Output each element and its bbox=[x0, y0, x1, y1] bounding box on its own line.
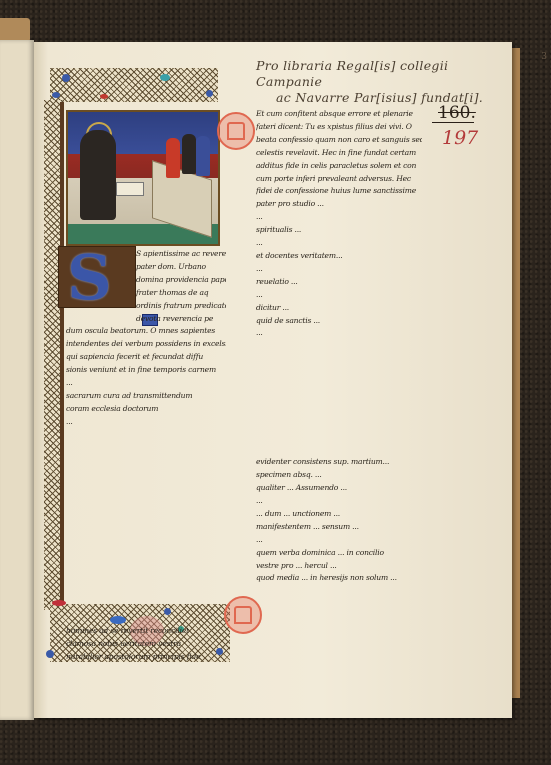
text-line: ... bbox=[256, 534, 422, 547]
text-line: mirabilior apostolorum principis fide bbox=[66, 651, 226, 664]
text-line: ... bbox=[256, 263, 422, 276]
text-line: devota reverencia pe bbox=[66, 313, 226, 326]
text-line: dum oscula beatorum. O mnes sapientes bbox=[66, 325, 226, 338]
text-line: et docentes veritatem... bbox=[256, 250, 422, 263]
floral-border-top bbox=[50, 68, 218, 102]
miniature-teaching-scene bbox=[66, 110, 220, 246]
text-line: vestre pro ... hercul ... bbox=[256, 560, 422, 573]
binding-tab bbox=[0, 18, 30, 42]
text-line: frater thomas de aq bbox=[66, 287, 226, 300]
text-line: ... bbox=[256, 237, 422, 250]
text-line: dicitur ... bbox=[256, 302, 422, 315]
text-line: quod media ... in heresijs non solum ... bbox=[256, 572, 422, 585]
text-line: reuelatio ... bbox=[256, 276, 422, 289]
text-line: fidei de confessione huius lume sanctiss… bbox=[256, 185, 422, 198]
text-line: domina providencia pape bbox=[66, 274, 226, 287]
text-line: homines ad se revertit reconciliet bbox=[66, 625, 226, 638]
student-figure bbox=[166, 138, 180, 178]
library-stamp-top bbox=[217, 112, 255, 150]
floral-border-left bbox=[44, 100, 64, 610]
text-line: ... bbox=[256, 289, 422, 302]
text-line: manifestentem ... sensum ... bbox=[256, 521, 422, 534]
blue-flower-icon bbox=[206, 90, 213, 97]
old-shelfmark: 160. bbox=[438, 103, 476, 123]
text-line: intendentes dei verbum possidens in exce… bbox=[66, 338, 226, 351]
text-line: ... bbox=[256, 327, 422, 340]
book-fore-edge bbox=[512, 48, 520, 698]
seated-saint-figure bbox=[80, 130, 116, 220]
text-line: S apientissime ac reverendissime bbox=[66, 248, 226, 261]
text-line: ordinis fratrum predicatorum bbox=[66, 300, 226, 313]
teal-flower-icon bbox=[160, 74, 170, 81]
text-line: Et cum confitent absque errore et plenar… bbox=[256, 108, 422, 121]
text-line: cum porte inferi prevaleant adversus. He… bbox=[256, 173, 422, 186]
text-line: qualiter ... Assumendo ... bbox=[256, 482, 422, 495]
text-line: clamosa nobis ueritatem vestra bbox=[66, 638, 226, 651]
open-book-icon bbox=[116, 182, 144, 196]
text-column-left: S apientissime ac reverendissime pater d… bbox=[66, 248, 226, 663]
blue-flower-icon bbox=[52, 92, 60, 98]
text-column-right: Et cum confitent absque errore et plenar… bbox=[256, 108, 422, 585]
text-line: beata confessio quam non caro et sanguis… bbox=[256, 134, 422, 147]
previous-page-edge bbox=[0, 40, 34, 720]
inscription-line-1: Pro libraria Regal[is] collegii Campanie bbox=[256, 58, 496, 90]
red-terminal bbox=[52, 600, 66, 606]
text-line: specimen absq. ... bbox=[256, 469, 422, 482]
shelfmark-rule bbox=[432, 122, 474, 123]
ownership-inscription: Pro libraria Regal[is] collegii Campanie… bbox=[256, 58, 496, 106]
text-line: sacrarum cura ad transmittendum bbox=[66, 390, 226, 403]
red-shelfmark: 197 bbox=[442, 127, 478, 149]
text-line: sionis veniunt et in fine temporis carne… bbox=[66, 364, 226, 377]
text-line: ... bbox=[256, 495, 422, 508]
text-line: ... bbox=[66, 416, 226, 429]
student-figure bbox=[196, 136, 210, 176]
text-line: pater dom. Urbano bbox=[66, 261, 226, 274]
folio-mark: 3 bbox=[541, 52, 547, 62]
text-line: quem verba dominica ... in concilio bbox=[256, 547, 422, 560]
text-line: spiritualis ... bbox=[256, 224, 422, 237]
text-line: ... dum ... unctionem ... bbox=[256, 508, 422, 521]
text-line: fateri dicent: Tu es xpistus filius dei … bbox=[256, 121, 422, 134]
border-bar bbox=[60, 102, 64, 602]
text-line: ... bbox=[66, 377, 226, 390]
text-line: qui sapiencia fecerit et fecundat diffu bbox=[66, 351, 226, 364]
red-flower-icon bbox=[100, 94, 108, 99]
text-line: ... bbox=[256, 211, 422, 224]
text-line: evidenter consistens sup. martium... bbox=[256, 456, 422, 469]
text-line: pater pro studio ... bbox=[256, 198, 422, 211]
blue-flower-icon bbox=[62, 74, 70, 82]
text-line: quid de sanctis ... bbox=[256, 315, 422, 328]
blue-flower-icon bbox=[46, 650, 54, 658]
library-stamp-bottom bbox=[224, 596, 262, 634]
student-figure bbox=[182, 134, 196, 174]
text-line: coram ecclesia doctorum bbox=[66, 403, 226, 416]
text-line: celestis revelavit. Hec in fine fundat c… bbox=[256, 147, 422, 160]
text-line: additus fide in celis paracletus solem e… bbox=[256, 160, 422, 173]
